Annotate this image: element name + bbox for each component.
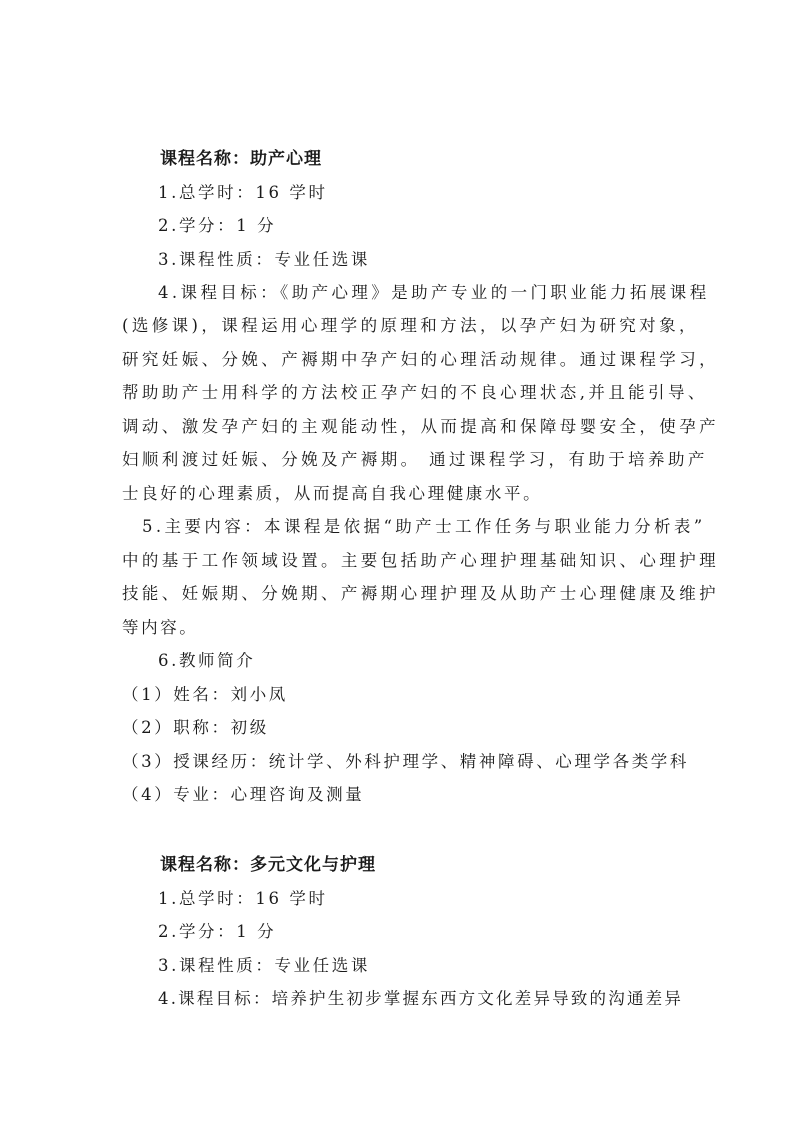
teacher-experience: （3）授课经历：统计学、外科护理学、精神障碍、心理学各类学科 [122, 752, 689, 772]
course-hours: 1.总学时：16 学时 [158, 183, 328, 203]
course-hours: 1.总学时：16 学时 [158, 889, 328, 909]
teacher-specialty: （4）专业：心理咨询及测量 [122, 785, 364, 805]
course-content-line: 等内容。 [122, 618, 198, 638]
course-objective-line: 调动、激发孕产妇的主观能动性，从而提高和保障母婴安全，使孕产 [122, 417, 719, 437]
course-objective-line: 帮助助产士用科学的方法校正孕产妇的不良心理状态,并且能引导、 [122, 383, 708, 403]
teacher-name: （1）姓名：刘小凤 [122, 685, 288, 705]
course-content-line: 5.主要内容：本课程是依据“助产士工作任务与职业能力分析表” [142, 517, 706, 537]
document-page: 课程名称：助产心理 1.总学时：16 学时 2.学分：1 分 3.课程性质：专业… [0, 0, 793, 1122]
course-objective-line: 士良好的心理素质，从而提高自我心理健康水平。 [122, 484, 542, 504]
course-title: 课程名称：多元文化与护理 [160, 855, 376, 875]
teacher-heading: 6.教师简介 [158, 651, 255, 671]
teacher-title: （2）职称：初级 [122, 718, 269, 738]
course-content-line: 技能、妊娠期、分娩期、产褥期心理护理及从助产士心理健康及维护 [122, 584, 719, 604]
course-objective-line: (选修课)，课程运用心理学的原理和方法，以孕产妇为研究对象， [122, 316, 699, 336]
course-content-line: 中的基于工作领域设置。主要包括助产心理护理基础知识、心理护理 [122, 551, 719, 571]
course-nature: 3.课程性质：专业任选课 [158, 250, 370, 270]
course-credits: 2.学分：1 分 [158, 216, 276, 236]
course-objective-line: 妇顺利渡过妊娠、分娩及产褥期。 通过课程学习，有助于培养助产 [122, 450, 708, 470]
course-title: 课程名称：助产心理 [160, 149, 322, 169]
course-nature: 3.课程性质：专业任选课 [158, 956, 370, 976]
course-objective-line: 研究妊娠、分娩、产褥期中孕产妇的心理活动规律。通过课程学习， [122, 350, 719, 370]
course-objective-line: 4.课程目标：《助产心理》是助产专业的一门职业能力拓展课程 [158, 283, 710, 303]
course-credits: 2.学分：1 分 [158, 922, 276, 942]
course-objective-line: 4.课程目标：培养护生初步掌握东西方文化差异导致的沟通差异 [158, 989, 683, 1009]
